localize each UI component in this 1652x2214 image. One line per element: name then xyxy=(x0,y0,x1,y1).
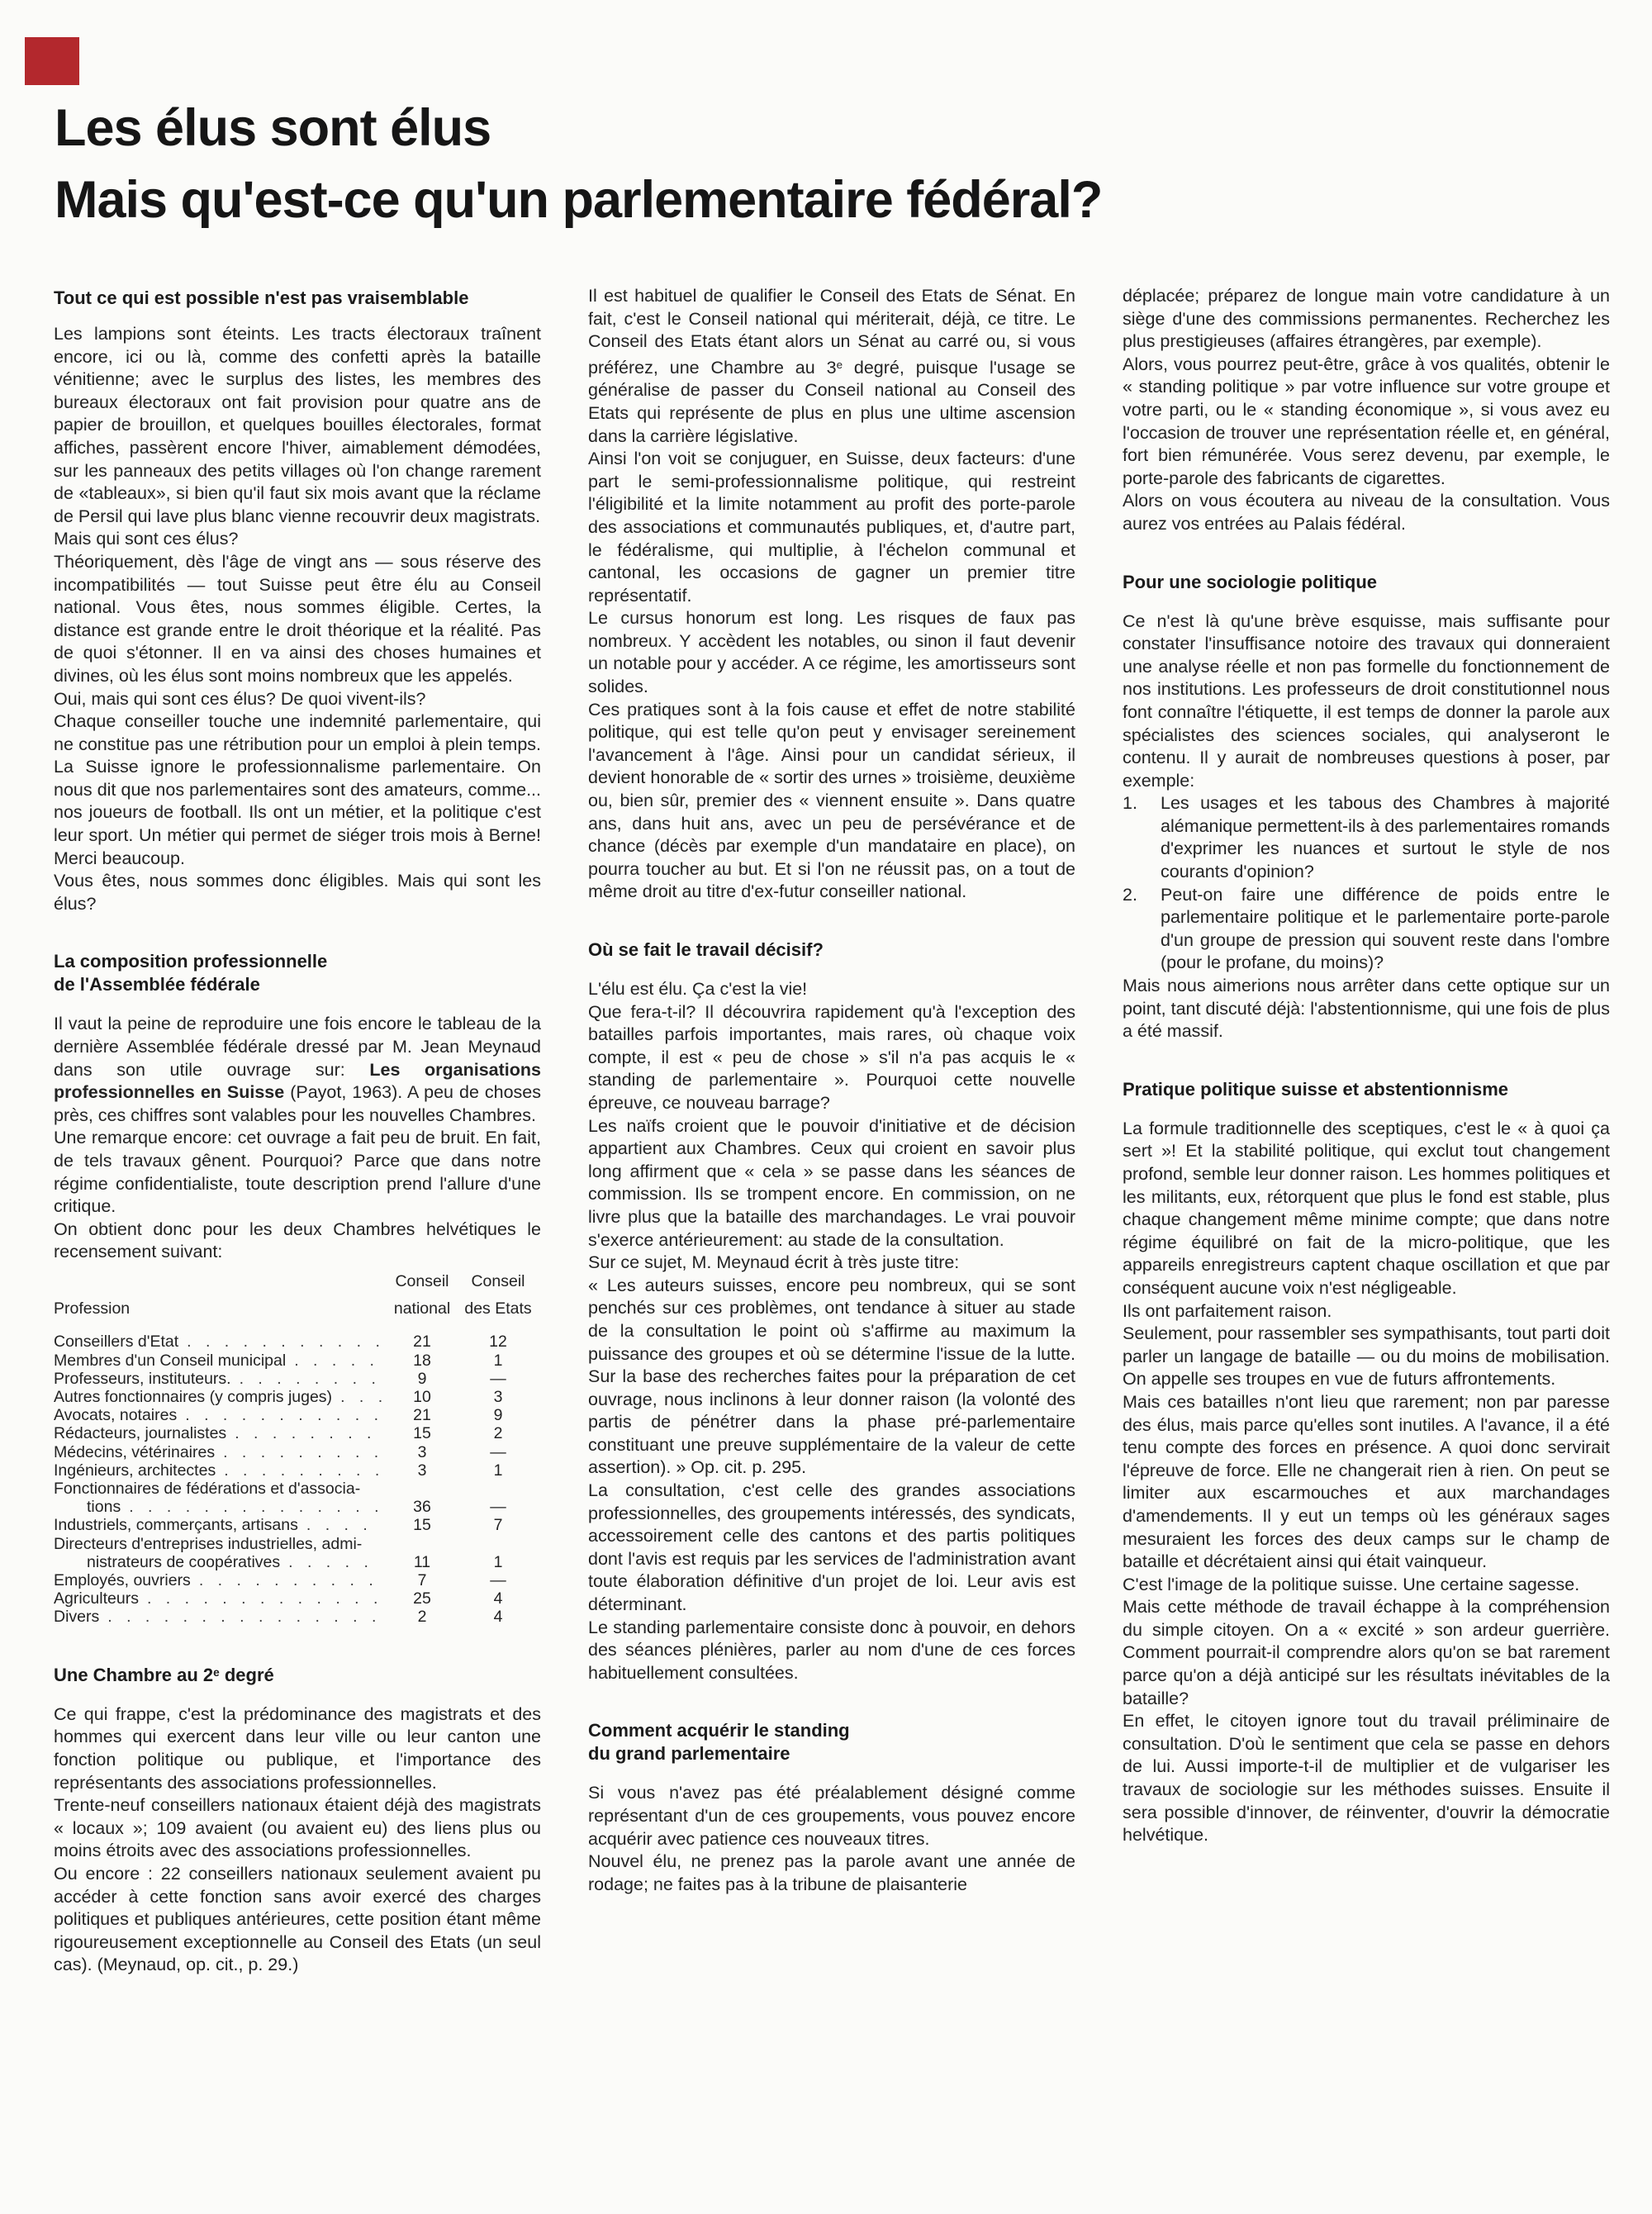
table-row: Agriculteurs254 xyxy=(54,1589,541,1608)
table-row: Ingénieurs, architectes31 xyxy=(54,1461,541,1480)
row-label-header: Profession xyxy=(54,1299,389,1318)
dot-leader xyxy=(129,1498,382,1516)
paragraph: déplacée; préparez de longue main votre … xyxy=(1123,285,1610,354)
paragraph: Ce qui frappe, c'est la prédominance des… xyxy=(54,1703,541,1794)
paragraph: C'est l'image de la politique suisse. Un… xyxy=(1123,1574,1610,1597)
paragraph: En effet, le citoyen ignore tout du trav… xyxy=(1123,1710,1610,1847)
table-row: Membres d'un Conseil municipal181 xyxy=(54,1352,541,1370)
paragraph: Ou encore : 22 conseillers nationaux seu… xyxy=(54,1863,541,1977)
paragraph: Mais nous aimerions nous arrêter dans ce… xyxy=(1123,975,1610,1043)
paragraph: L'élu est élu. Ça c'est la vie! xyxy=(588,978,1075,1001)
table-row-wrapped-label: Fonctionnaires de fédérations et d'assoc… xyxy=(54,1480,541,1498)
dot-leader xyxy=(306,1516,382,1534)
question-number: 2. xyxy=(1123,884,1161,975)
paragraph: Trente-neuf conseillers nationaux étaien… xyxy=(54,1794,541,1863)
paragraph: Il est habituel de qualifier le Conseil … xyxy=(588,285,1075,448)
paragraph: La consultation, c'est celle des grandes… xyxy=(588,1480,1075,1617)
numbered-question-2: 2. Peut-on faire une différence de poids… xyxy=(1123,884,1610,975)
paragraph: Alors, vous pourrez peut-être, grâce à v… xyxy=(1123,354,1610,491)
paragraph: Seulement, pour rassembler ses sympathis… xyxy=(1123,1323,1610,1391)
paragraph: Ces pratiques sont à la fois cause et ef… xyxy=(588,699,1075,904)
section-heading: Pratique politique suisse et abstentionn… xyxy=(1123,1078,1610,1101)
article-title-line-2: Mais qu'est-ce qu'un parlementaire fédér… xyxy=(55,164,1102,236)
dot-leader xyxy=(185,1406,382,1424)
paragraph: Mais cette méthode de travail échappe à … xyxy=(1123,1596,1610,1710)
paragraph: Si vous n'avez pas été préalablement dés… xyxy=(588,1782,1075,1851)
section-heading: La composition professionnelle de l'Asse… xyxy=(54,950,541,996)
superscript-e: e xyxy=(213,1666,220,1679)
paragraph: Mais ces batailles n'ont lieu que rareme… xyxy=(1123,1391,1610,1574)
table-row: Professeurs, instituteurs.9— xyxy=(54,1370,541,1388)
section-heading: Tout ce qui est possible n'est pas vrais… xyxy=(54,287,541,310)
table-row: tions36— xyxy=(54,1498,541,1516)
paragraph: Alors on vous écoutera au niveau de la c… xyxy=(1123,490,1610,535)
dot-leader xyxy=(147,1589,382,1608)
table-row: nistrateurs de coopératives111 xyxy=(54,1553,541,1571)
dot-leader xyxy=(235,1424,382,1442)
column-1: Tout ce qui est possible n'est pas vrais… xyxy=(54,285,541,1977)
paragraph: Vous êtes, nous sommes donc éligibles. M… xyxy=(54,870,541,915)
paragraph: Oui, mais qui sont ces élus? De quoi viv… xyxy=(54,688,541,711)
professions-table: Conseil Conseil Profession national des … xyxy=(54,1272,541,1627)
article-columns: Tout ce qui est possible n'est pas vrais… xyxy=(54,285,1610,1977)
dot-leader xyxy=(223,1443,382,1461)
table-row: Rédacteurs, journalistes152 xyxy=(54,1424,541,1442)
numbered-question-1: 1. Les usages et les tabous des Chambres… xyxy=(1123,792,1610,883)
dot-leader xyxy=(294,1352,382,1370)
table-row: Industriels, commerçants, artisans157 xyxy=(54,1516,541,1534)
col-header-conseil-des-etats: Conseil xyxy=(455,1272,541,1290)
section-heading: Où se fait le travail décisif? xyxy=(588,938,1075,962)
red-square-mark xyxy=(25,37,79,85)
paragraph: Ils ont parfaitement raison. xyxy=(1123,1300,1610,1323)
paragraph: Chaque conseiller touche une indemnité p… xyxy=(54,710,541,870)
paragraph: Les lampions sont éteints. Les tracts él… xyxy=(54,323,541,528)
paragraph: Sur ce sujet, M. Meynaud écrit à très ju… xyxy=(588,1252,1075,1275)
paragraph: Une remarque encore: cet ouvrage a fait … xyxy=(54,1127,541,1218)
table-row-wrapped-label: Directeurs d'entreprises industrielles, … xyxy=(54,1535,541,1553)
question-number: 1. xyxy=(1123,792,1161,883)
paragraph: La formule traditionnelle des sceptiques… xyxy=(1123,1118,1610,1300)
section-heading: Pour une sociologie politique xyxy=(1123,571,1610,594)
table-row: Avocats, notaires219 xyxy=(54,1406,541,1424)
paragraph: On obtient donc pour les deux Chambres h… xyxy=(54,1219,541,1264)
dot-leader xyxy=(187,1333,382,1351)
table-header-row: Conseil Conseil xyxy=(54,1272,541,1290)
col-header-conseil-national: Conseil xyxy=(389,1272,455,1290)
dot-leader xyxy=(199,1571,382,1589)
paragraph: Théoriquement, dès l'âge de vingt ans — … xyxy=(54,551,541,688)
paragraph: Le cursus honorum est long. Les risques … xyxy=(588,607,1075,698)
dot-leader xyxy=(240,1370,382,1388)
table-row: Médecins, vétérinaires3— xyxy=(54,1443,541,1461)
column-3: déplacée; préparez de longue main votre … xyxy=(1123,285,1610,1847)
paragraph: Ainsi l'on voit se conjuguer, en Suisse,… xyxy=(588,448,1075,607)
superscript-e: e xyxy=(837,359,843,371)
paragraph: « Les auteurs suisses, encore peu nombre… xyxy=(588,1275,1075,1480)
table-row: Divers24 xyxy=(54,1608,541,1626)
dot-leader xyxy=(340,1388,382,1406)
table-row: Autres fonctionnaires (y compris juges)1… xyxy=(54,1388,541,1406)
article-title-line-1: Les élus sont élus xyxy=(55,93,1102,164)
paragraph: Les naïfs croient que le pouvoir d'initi… xyxy=(588,1115,1075,1252)
section-heading: Une Chambre au 2e degré xyxy=(54,1661,541,1687)
dot-leader xyxy=(288,1553,382,1571)
section-heading: Comment acquérir le standing du grand pa… xyxy=(588,1719,1075,1765)
paragraph: Nouvel élu, ne prenez pas la parole avan… xyxy=(588,1851,1075,1896)
table-row: Conseillers d'Etat2112 xyxy=(54,1333,541,1351)
column-2: Il est habituel de qualifier le Conseil … xyxy=(588,285,1075,1896)
paragraph: Il vaut la peine de reproduire une fois … xyxy=(54,1013,541,1127)
paragraph: Ce n'est là qu'une brève esquisse, mais … xyxy=(1123,611,1610,793)
paragraph: Mais qui sont ces élus? xyxy=(54,528,541,551)
table-row: Employés, ouvriers7— xyxy=(54,1571,541,1589)
magazine-page: Les élus sont élus Mais qu'est-ce qu'un … xyxy=(0,0,1652,2214)
dot-leader xyxy=(224,1461,382,1480)
paragraph: Le standing parlementaire consiste donc … xyxy=(588,1617,1075,1685)
dot-leader xyxy=(107,1608,382,1626)
table-header-row: Profession national des Etats xyxy=(54,1299,541,1318)
paragraph: Que fera-t-il? Il découvrira rapidement … xyxy=(588,1001,1075,1115)
article-title: Les élus sont élus Mais qu'est-ce qu'un … xyxy=(55,93,1102,236)
